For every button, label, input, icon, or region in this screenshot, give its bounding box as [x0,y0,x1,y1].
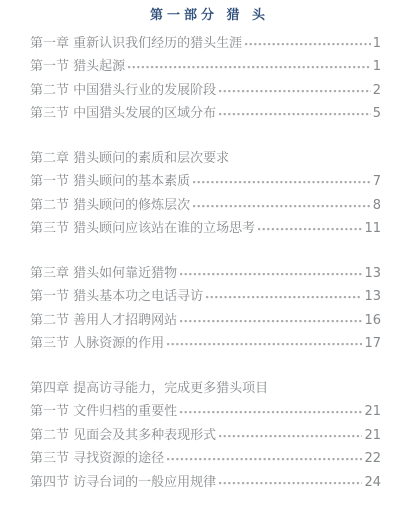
toc-chapter-entry[interactable]: 第三章 猎头如何靠近猎物 13 [30,259,381,283]
toc-entry-page: 8 [373,198,381,213]
toc-entry-page: 21 [364,404,381,419]
toc-page: 第一部分 猎 头 第一章 重新认识我们经历的猎头生涯 1 第一节 猎头起源 1 … [0,0,419,510]
toc-list: 第一章 重新认识我们经历的猎头生涯 1 第一节 猎头起源 1 第二节 中国猎头行… [0,29,419,492]
toc-entry-page: 7 [373,174,381,189]
toc-section-entry[interactable]: 第三节 猎头顾问应该站在谁的立场思考 11 [30,215,381,239]
dot-leader [232,144,379,166]
dot-leader [180,306,362,328]
toc-entry-label: 第二章 猎头顾问的素质和层次要求 [30,151,229,166]
toc-entry-label: 第二节 中国猎头行业的发展阶段 [30,83,216,98]
toc-entry-label: 第一节 猎头顾问的基本素质 [30,174,190,189]
dot-leader [206,283,362,305]
toc-section-entry[interactable]: 第一节 猎头基本功之电话寻访 13 [30,283,381,307]
toc-entry-page: 11 [364,221,381,236]
toc-entry-page: 24 [364,475,381,490]
toc-entry-page: 22 [364,451,381,466]
toc-entry-page: 13 [364,266,381,281]
toc-entry-label: 第三节 猎头顾问应该站在谁的立场思考 [30,221,255,236]
toc-section-entry[interactable]: 第一节 猎头起源 1 [30,53,381,77]
toc-group: 第二章 猎头顾问的素质和层次要求 第一节 猎头顾问的基本素质 7 第二节 猎头顾… [30,144,381,238]
toc-group: 第四章 提高访寻能力，完成更多猎头项目 第一节 文件归档的重要性 21 第二节 … [30,374,381,492]
toc-entry-page: 21 [364,428,381,443]
dot-leader [271,374,379,396]
toc-entry-page: 5 [373,106,381,121]
toc-entry-page: 13 [364,289,381,304]
dot-leader [219,76,371,98]
toc-chapter-entry[interactable]: 第二章 猎头顾问的素质和层次要求 [30,144,381,168]
toc-group: 第三章 猎头如何靠近猎物 13 第一节 猎头基本功之电话寻访 13 第二节 善用… [30,259,381,353]
dot-leader [167,330,362,352]
dot-leader [219,468,362,490]
toc-entry-page: 17 [364,336,381,351]
toc-entry-label: 第三节 中国猎头发展的区域分布 [30,106,216,121]
toc-section-entry[interactable]: 第三节 人脉资源的作用 17 [30,330,381,354]
dot-leader [180,398,362,420]
toc-entry-page: 2 [373,83,381,98]
toc-section-entry[interactable]: 第三节 中国猎头发展的区域分布 5 [30,100,381,124]
toc-section-entry[interactable]: 第二节 见面会及其多种表现形式 21 [30,421,381,445]
toc-section-entry[interactable]: 第四节 访寻台词的一般应用规律 24 [30,468,381,492]
toc-section-entry[interactable]: 第一节 文件归档的重要性 21 [30,398,381,422]
toc-entry-label: 第一章 重新认识我们经历的猎头生涯 [30,36,242,51]
toc-entry-page: 1 [373,59,381,74]
toc-chapter-entry[interactable]: 第一章 重新认识我们经历的猎头生涯 1 [30,29,381,53]
toc-entry-label: 第三节 人脉资源的作用 [30,336,164,351]
toc-entry-label: 第三章 猎头如何靠近猎物 [30,266,177,281]
toc-chapter-entry[interactable]: 第四章 提高访寻能力，完成更多猎头项目 [30,374,381,398]
dot-leader [193,168,371,190]
part-title: 第一部分 猎 头 [0,0,419,20]
toc-section-entry[interactable]: 第二节 中国猎头行业的发展阶段 2 [30,76,381,100]
toc-section-entry[interactable]: 第一节 猎头顾问的基本素质 7 [30,168,381,192]
dot-leader [180,259,362,281]
toc-entry-page: 1 [373,36,381,51]
toc-section-entry[interactable]: 第二节 善用人才招聘网站 16 [30,306,381,330]
toc-entry-label: 第二节 见面会及其多种表现形式 [30,428,216,443]
toc-entry-label: 第一节 猎头基本功之电话寻访 [30,289,203,304]
toc-entry-label: 第四节 访寻台词的一般应用规律 [30,475,216,490]
toc-entry-label: 第一节 猎头起源 [30,59,125,74]
dot-leader [219,421,362,443]
toc-entry-label: 第二节 猎头顾问的修炼层次 [30,198,190,213]
dot-leader [219,100,371,122]
toc-section-entry[interactable]: 第二节 猎头顾问的修炼层次 8 [30,191,381,215]
dot-leader [258,215,362,237]
toc-entry-label: 第一节 文件归档的重要性 [30,404,177,419]
dot-leader [193,191,371,213]
dot-leader [245,29,371,51]
dot-leader [167,445,362,467]
toc-section-entry[interactable]: 第三节 寻找资源的途径 22 [30,445,381,469]
toc-entry-label: 第二节 善用人才招聘网站 [30,313,177,328]
toc-entry-label: 第三节 寻找资源的途径 [30,451,164,466]
toc-entry-label: 第四章 提高访寻能力，完成更多猎头项目 [30,381,268,396]
toc-entry-page: 16 [364,313,381,328]
dot-leader [128,53,371,75]
toc-group: 第一章 重新认识我们经历的猎头生涯 1 第一节 猎头起源 1 第二节 中国猎头行… [30,29,381,123]
